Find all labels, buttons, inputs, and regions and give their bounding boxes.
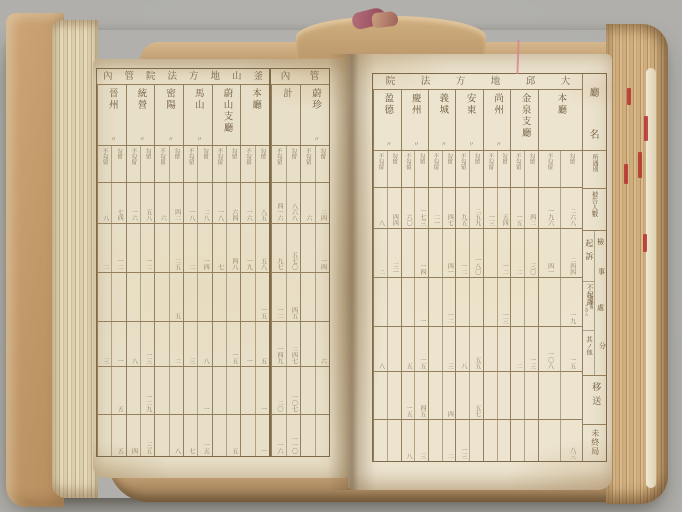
- cell-value: 一三: [528, 357, 535, 369]
- title-char: 地: [210, 72, 220, 82]
- data-cell: 一八: [184, 183, 197, 223]
- data-cell: 二四四: [560, 229, 582, 278]
- data-cell: 五: [402, 327, 415, 371]
- cell-value: 一二九: [144, 394, 151, 412]
- data-cell: [484, 229, 497, 278]
- data-cell: 四一: [442, 229, 456, 278]
- data-cell: [213, 367, 226, 414]
- daegu-continuation-table: 管內蔚珍〃勾留不勾留二四六一四六計勾留不勾留八六八四一六五七〇九七四五一二二四七…: [270, 68, 330, 457]
- data-cell: [469, 420, 483, 461]
- data-row: 八: [155, 415, 183, 456]
- cell-value: 四五: [418, 405, 425, 417]
- other-label: 其ノ他: [584, 336, 593, 356]
- cell-value: 九五: [460, 214, 467, 226]
- cell-value: 五七〇: [290, 252, 297, 270]
- data-cell: [484, 420, 497, 461]
- table-body: 本廳勾留不勾留八五一六五八一九一五五一一一蔚山支廳勾留不勾留六四一八四八七一五五…: [97, 84, 269, 456]
- data-row: [484, 372, 510, 420]
- cell-value: 六四: [230, 209, 237, 221]
- cell-value: 八: [405, 453, 412, 459]
- cell-value: 一: [418, 318, 425, 324]
- cell-value: 一六: [245, 209, 252, 221]
- cell-value: 三一: [391, 263, 398, 275]
- cell-value: 一六: [130, 209, 137, 221]
- cell-value: 四七: [446, 214, 453, 226]
- data-row: 五四一三: [484, 188, 510, 229]
- data-row: 三五四: [127, 415, 155, 456]
- non-prosecution-note: 起訴猶豫: [589, 293, 594, 309]
- data-cell: 四二: [524, 188, 538, 228]
- data-cell: 一四九: [272, 322, 286, 366]
- row-label-column: 廳名所遇別被告人數檢事處分起訴不起訴起訴猶豫ヲ含ム其ノ他移送未終局: [582, 74, 606, 461]
- data-cell: 八: [374, 327, 387, 371]
- data-row: 四: [429, 372, 455, 420]
- cell-value: 五: [173, 313, 180, 319]
- data-row: 三八: [402, 420, 428, 461]
- data-cell: 二〇: [272, 367, 286, 414]
- office-column: 慶州〃勾留不勾留一七三六〇一四一一五五四五一五三八: [401, 89, 428, 461]
- office-column: 蔚山支廳勾留不勾留六四一八四八七一五五: [212, 84, 241, 456]
- custody-cell: 勾留: [497, 151, 511, 187]
- red-edge-mark: [643, 234, 647, 252]
- data-row: 八: [374, 327, 400, 372]
- office-name-cell: 本廳: [539, 89, 582, 150]
- data-cell: 一九: [241, 224, 254, 273]
- title-char: 釜: [253, 72, 263, 82]
- data-cell: [497, 420, 511, 461]
- prosecutor-group-char: 處: [597, 303, 604, 313]
- cell-value: 一七三: [418, 208, 425, 226]
- data-cell: 五: [111, 415, 125, 456]
- data-row: 七四八: [98, 183, 126, 224]
- data-cell: 二六八: [560, 188, 582, 228]
- data-row: [155, 367, 183, 415]
- data-cell: 四五: [414, 372, 428, 419]
- data-cell: 一六: [241, 183, 254, 223]
- custody-label: 不勾留: [159, 148, 165, 165]
- data-cell: 一九: [560, 278, 582, 326]
- custody-cell: 不勾留: [539, 151, 560, 187]
- office-name-cell: 慶州〃: [402, 89, 428, 150]
- office-header-char: 廳: [590, 84, 600, 99]
- data-row: 一四: [301, 224, 329, 274]
- cell-value: 五: [259, 358, 266, 364]
- custody-label: 不勾留: [130, 148, 136, 165]
- cell-value: 二: [173, 358, 180, 364]
- data-cell: [315, 367, 330, 414]
- custody-header-row: 勾留不勾留: [374, 150, 400, 188]
- data-cell: 一七三: [414, 188, 428, 228]
- data-cell: 三五: [140, 415, 154, 456]
- data-cell: 一六: [127, 183, 140, 223]
- data-cell: [511, 372, 524, 419]
- cell-value: 一五: [568, 357, 575, 369]
- custody-cell: 不勾留: [429, 151, 442, 187]
- office-column: 安東〃勾留不勾留二五九九五一八〇一二五五八五七一三: [455, 89, 482, 461]
- cell-value: 一二: [144, 258, 151, 270]
- cell-value: 七四: [116, 209, 123, 221]
- cell-value: 二一: [432, 214, 439, 226]
- office-name-cell: 本廳: [241, 84, 269, 145]
- data-cell: [169, 367, 183, 414]
- data-cell: 二五九: [469, 188, 483, 228]
- custody-cell: 勾留: [226, 146, 240, 182]
- cell-value: 一九六: [546, 208, 553, 226]
- data-cell: 八: [169, 415, 183, 456]
- office-name-cell: 尚州〃: [484, 89, 510, 150]
- data-cell: 四一六: [272, 183, 286, 223]
- data-row: 一五五: [402, 327, 428, 372]
- data-cell: 一〇七: [286, 367, 301, 414]
- custody-cell: 勾留: [140, 146, 154, 182]
- data-cell: [524, 372, 538, 419]
- custody-label: 勾留: [568, 153, 574, 164]
- cell-value: 八: [377, 220, 384, 226]
- data-cell: 三一: [387, 229, 401, 278]
- custody-label: 勾留: [391, 153, 397, 164]
- data-cell: 六四: [226, 183, 240, 223]
- data-cell: [539, 420, 560, 461]
- custody-cell: 勾留: [387, 151, 401, 187]
- data-cell: [402, 278, 415, 326]
- data-cell: 二: [442, 420, 456, 461]
- data-row: [374, 420, 400, 461]
- data-row: 一四: [402, 229, 428, 279]
- office-name: 蔚珍: [310, 88, 320, 111]
- data-row: 一七三六〇: [402, 188, 428, 229]
- custody-label: 不勾留: [460, 153, 466, 170]
- custody-label: 勾留: [145, 148, 151, 159]
- office-name: 蔚山支廳: [222, 88, 232, 134]
- data-cell: [429, 372, 442, 419]
- cell-value: 一三: [501, 312, 508, 324]
- data-cell: 二八: [197, 183, 211, 223]
- photo-background: 釜山地方法院管內本廳勾留不勾留八五一六五八一九一五五一一一蔚山支廳勾留不勾留六四…: [0, 0, 682, 512]
- title-char: 方: [456, 77, 466, 87]
- data-row: 六四一八: [213, 183, 241, 224]
- right-page: 大邱地方法院廳名所遇別被告人數檢事處分起訴不起訴起訴猶豫ヲ含ム其ノ他移送未終局本…: [348, 54, 612, 490]
- data-cell: 六: [315, 322, 330, 366]
- data-row: 二: [155, 322, 183, 367]
- custody-header-row: 勾留不勾留: [272, 145, 300, 183]
- custody-type-header: 所遇別: [583, 151, 606, 189]
- data-cell: 一二: [442, 278, 456, 326]
- data-cell: 一: [197, 367, 211, 414]
- busan-court-table: 釜山地方法院管內本廳勾留不勾留八五一六五八一九一五五一一一蔚山支廳勾留不勾留六四…: [96, 68, 270, 457]
- data-cell: [315, 273, 330, 321]
- data-row: [213, 273, 241, 322]
- cell-value: 一三: [460, 447, 467, 459]
- custody-label: 不勾留: [487, 153, 493, 170]
- data-cell: [155, 224, 168, 273]
- office-name: 尚州: [492, 93, 502, 116]
- cell-value: 四一六: [276, 203, 283, 221]
- data-row: 四五一二: [272, 273, 300, 322]
- data-cell: [213, 273, 226, 321]
- data-row: 四二六: [155, 183, 183, 224]
- red-edge-mark: [638, 152, 642, 178]
- cell-value: 一二: [116, 258, 123, 270]
- cell-value: 一九: [245, 258, 252, 270]
- cell-value: 四四: [391, 214, 398, 226]
- data-cell: [429, 278, 442, 326]
- cell-value: 一二: [501, 263, 508, 275]
- data-row: 一四二: [184, 224, 212, 274]
- data-cell: [497, 372, 511, 419]
- cell-value: 一四九: [276, 346, 283, 364]
- cell-value: 一一〇: [290, 436, 297, 454]
- custody-label: 不勾留: [102, 148, 108, 165]
- data-cell: 三: [414, 420, 428, 461]
- custody-label: 勾留: [290, 148, 296, 159]
- custody-label: 不勾留: [305, 148, 311, 165]
- cell-value: 一: [245, 358, 252, 364]
- red-edge-mark: [644, 116, 648, 141]
- cell-value: 五八: [144, 209, 151, 221]
- data-cell: 四: [442, 372, 456, 419]
- office-column: 計勾留不勾留八六八四一六五七〇九七四五一二二四七一四九一〇七二〇一一〇一六: [271, 84, 300, 456]
- data-cell: 一二九: [140, 367, 154, 414]
- office-name: 盈德: [382, 93, 392, 116]
- office-header-char: 名: [590, 126, 600, 141]
- data-cell: 一三: [524, 327, 538, 371]
- cell-value: 八: [130, 358, 137, 364]
- custody-header-row: 勾留不勾留: [184, 145, 212, 183]
- custody-label: 勾留: [202, 148, 208, 159]
- custody-cell: 不勾留: [272, 146, 286, 182]
- data-cell: 七四: [111, 183, 125, 223]
- data-cell: [98, 415, 111, 456]
- cell-value: 二: [446, 453, 453, 459]
- cell-value: 七: [216, 264, 223, 270]
- ditto-mark: 〃: [439, 141, 445, 147]
- data-row: [511, 278, 537, 327]
- data-cell: 二: [169, 322, 183, 366]
- office-column: 本廳勾留不勾留八五一六五八一九一五五一一一: [240, 84, 269, 456]
- custody-header-row: 勾留不勾留: [456, 150, 482, 188]
- data-cell: [140, 273, 154, 321]
- data-row: 四四八: [374, 188, 400, 229]
- disposition-row-labels: 起訴不起訴起訴猶豫ヲ含ム其ノ他: [583, 231, 594, 375]
- prosecutor-group-diagonal: 檢事處分: [594, 231, 606, 375]
- title-char: 法: [167, 72, 177, 82]
- cell-value: 二五九: [473, 208, 480, 226]
- data-cell: [374, 278, 387, 326]
- data-cell: 一八: [213, 183, 226, 223]
- data-row: 一: [241, 367, 269, 415]
- cell-value: 一〇八: [546, 351, 553, 369]
- office-name-cell: 晉州〃: [98, 84, 126, 145]
- data-row: [127, 273, 155, 322]
- custody-label: 勾留: [528, 153, 534, 164]
- data-cell: 一: [414, 278, 428, 326]
- cell-value: 一五: [405, 405, 412, 417]
- data-cell: 五八: [255, 224, 269, 273]
- data-row: [456, 278, 482, 327]
- data-row: [539, 372, 582, 420]
- other-row-label: 其ノ他: [583, 331, 594, 375]
- table-body: 蔚珍〃勾留不勾留二四六一四六計勾留不勾留八六八四一六五七〇九七四五一二二四七一四…: [271, 84, 329, 456]
- custody-header-row: 勾留不勾留: [127, 145, 155, 183]
- data-row: 四七二一: [429, 188, 455, 229]
- cell-value: 一三: [487, 214, 494, 226]
- custody-cell: 勾留: [111, 146, 125, 182]
- data-row: 八六八四一六: [272, 183, 300, 224]
- title-char: 院: [146, 72, 156, 82]
- custody-label: 不勾留: [276, 148, 282, 165]
- cell-value: 八五: [259, 209, 266, 221]
- data-cell: [98, 367, 111, 414]
- cell-value: 二五: [173, 258, 180, 270]
- cell-value: 五: [230, 448, 237, 454]
- data-row: 一三: [98, 322, 126, 367]
- data-cell: [241, 367, 254, 414]
- data-cell: [387, 420, 401, 461]
- custody-cell: 勾留: [560, 151, 582, 187]
- data-cell: [155, 367, 168, 414]
- custody-header-row: 勾留不勾留: [484, 150, 510, 188]
- transfer-label: 移送: [590, 382, 599, 410]
- data-cell: 八: [127, 322, 140, 366]
- cell-value: 一五: [230, 352, 237, 364]
- title-char: 地: [491, 77, 501, 87]
- data-cell: [301, 322, 315, 366]
- title-char: 內: [281, 72, 291, 82]
- data-cell: 三: [98, 322, 111, 366]
- custody-type-label: 所遇別: [591, 154, 598, 172]
- cell-value: 三: [446, 363, 453, 369]
- data-row: 四八七: [213, 224, 241, 274]
- cell-value: 四二: [528, 214, 535, 226]
- data-row: 四二一五: [511, 188, 537, 229]
- prosecutor-group-char: 檢: [597, 237, 604, 247]
- title-char: 內: [103, 72, 113, 82]
- custody-label: 勾留: [116, 148, 122, 159]
- data-row: 八三: [539, 420, 582, 461]
- custody-cell: 勾留: [524, 151, 538, 187]
- data-cell: [429, 327, 442, 371]
- cell-value: 七: [187, 448, 194, 454]
- ditto-mark: 〃: [412, 141, 418, 147]
- custody-header-row: 勾留不勾留: [155, 145, 183, 183]
- data-cell: 四八: [226, 224, 240, 273]
- data-row: 三一二: [374, 229, 400, 279]
- defendants-label: 被告人數: [591, 191, 599, 217]
- data-row: 一五: [241, 273, 269, 322]
- ditto-mark: 〃: [384, 141, 390, 147]
- data-cell: 一三: [497, 278, 511, 326]
- left-page-stack-edge: [52, 20, 98, 498]
- office-column: 密陽〃勾留不勾留四二六二五五二八: [154, 84, 183, 456]
- data-cell: 八: [402, 420, 415, 461]
- data-cell: [127, 224, 140, 273]
- title-char: 大: [561, 77, 571, 87]
- data-cell: [374, 420, 387, 461]
- data-cell: 五五: [469, 327, 483, 371]
- cell-value: 二: [187, 264, 194, 270]
- custody-label: 勾留: [173, 148, 179, 159]
- cell-value: 三五: [144, 442, 151, 454]
- office-name: 慶州: [410, 93, 420, 116]
- ditto-mark: 〃: [195, 136, 201, 142]
- office-name-cell: 計: [272, 84, 300, 145]
- data-row: [301, 415, 329, 456]
- office-name: 計: [281, 88, 291, 100]
- data-cell: 一二: [456, 229, 469, 278]
- data-row: [301, 273, 329, 322]
- cell-value: 四八: [230, 258, 237, 270]
- office-name: 統營: [135, 88, 145, 111]
- data-row: [374, 278, 400, 327]
- custody-cell: 勾留: [414, 151, 428, 187]
- office-column: 義城〃勾留不勾留四七二一四一一二三四二: [428, 89, 455, 461]
- custody-label: 不勾留: [245, 148, 251, 165]
- cell-value: 一八〇: [473, 257, 480, 275]
- data-cell: [184, 367, 197, 414]
- data-cell: [241, 415, 254, 456]
- data-cell: [469, 278, 483, 326]
- data-cell: [111, 273, 125, 321]
- data-cell: 五七〇: [286, 224, 301, 273]
- data-cell: [429, 420, 442, 461]
- data-cell: 六: [155, 183, 168, 223]
- data-cell: 二: [511, 229, 524, 278]
- data-row: 一二九: [127, 367, 155, 415]
- cell-value: 一: [259, 448, 266, 454]
- data-cell: 四四: [387, 188, 401, 228]
- data-cell: 二一: [429, 188, 442, 228]
- data-row: 五: [155, 273, 183, 322]
- cell-value: 六: [159, 215, 166, 221]
- office-column: 本廳勾留不勾留二六八一九六二四四四一一九一五一〇八八三: [538, 89, 582, 461]
- cell-value: 二〇: [276, 400, 283, 412]
- data-cell: [155, 322, 168, 366]
- data-row: 八三: [184, 322, 212, 367]
- data-row: 二四四四一: [539, 229, 582, 279]
- data-cell: 一: [241, 322, 254, 366]
- data-cell: 四七: [442, 188, 456, 228]
- cell-value: 一: [202, 406, 209, 412]
- data-cell: [429, 229, 442, 278]
- custody-cell: 不勾留: [301, 146, 315, 182]
- data-cell: 一: [111, 322, 125, 366]
- data-row: 五: [98, 367, 126, 415]
- data-row: 一五: [213, 322, 241, 367]
- cell-value: 一五: [202, 442, 209, 454]
- cell-value: 一: [259, 406, 266, 412]
- custody-header-row: 勾留不勾留: [301, 145, 329, 183]
- custody-label: 勾留: [259, 148, 265, 159]
- office-name-cell: 安東〃: [456, 89, 482, 150]
- custody-label: 不勾留: [216, 148, 222, 165]
- data-row: 一三八: [127, 322, 155, 367]
- custody-label: 勾留: [474, 153, 480, 164]
- cell-value: 一九: [568, 312, 575, 324]
- cell-value: 五四: [501, 214, 508, 226]
- left-page: 釜山地方法院管內本廳勾留不勾留八五一六五八一九一五五一一一蔚山支廳勾留不勾留六四…: [93, 59, 348, 478]
- data-cell: 一二: [497, 229, 511, 278]
- cell-value: 一五: [514, 214, 521, 226]
- office-name: 金泉支廳: [520, 93, 530, 139]
- custody-cell: 不勾留: [374, 151, 387, 187]
- prosecutor-group-char: 分: [599, 341, 606, 351]
- data-cell: 一五: [402, 372, 415, 419]
- custody-label: 不勾留: [515, 153, 521, 170]
- data-cell: 五七: [469, 372, 483, 419]
- data-row: 五五八: [456, 327, 482, 372]
- office-name-cell: 盈德〃: [374, 89, 400, 150]
- data-cell: 一三: [456, 420, 469, 461]
